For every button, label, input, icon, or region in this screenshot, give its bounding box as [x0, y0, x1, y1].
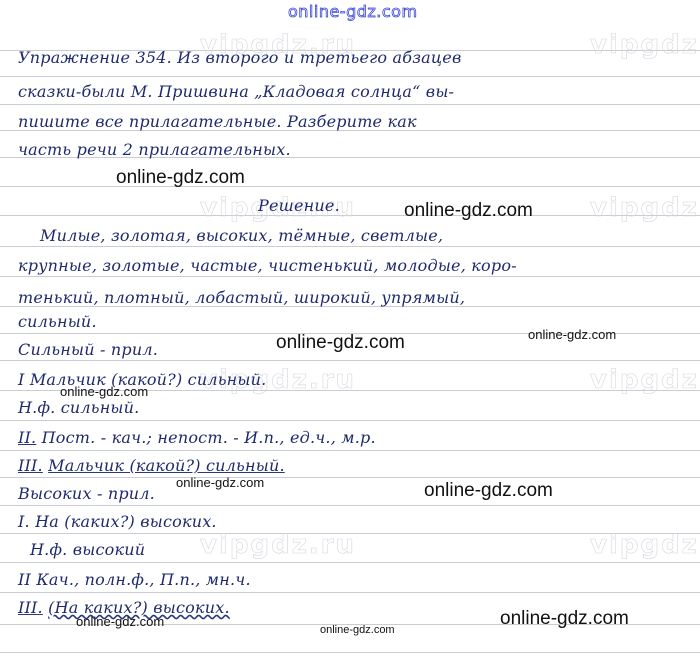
ghost-watermark: vipgdz.ru — [590, 193, 700, 223]
watermark: online-gdz.com — [176, 475, 264, 490]
ruled-line — [0, 104, 700, 105]
ghost-watermark: vipgdz.ru — [590, 530, 700, 560]
watermark: online-gdz.com — [500, 608, 629, 630]
task-line: Упражнение 354. Из второго и третьего аб… — [18, 48, 461, 68]
step-text: Мальчик (какой?) сильный. — [48, 456, 285, 475]
ruled-line — [0, 186, 700, 187]
step-number: I. — [18, 512, 30, 531]
ruled-line — [0, 76, 700, 77]
solution-heading: Решение. — [258, 196, 340, 216]
ruled-line — [0, 592, 700, 593]
homework-page: vipgdz.ru vipgdz.ru vipgdz.ru vipgdz.ru … — [0, 0, 700, 670]
ruled-line — [0, 360, 700, 361]
ghost-watermark: vipgdz.ru — [590, 365, 700, 395]
ruled-line — [0, 450, 700, 451]
ruled-line — [0, 505, 700, 506]
watermark: online-gdz.com — [276, 332, 405, 354]
step-number: II — [18, 570, 31, 589]
top-watermark: online-gdz.com — [288, 2, 418, 21]
watermark: online-gdz.com — [424, 480, 553, 502]
task-line: пишите все прилагательные. Разберите как — [18, 112, 417, 132]
step-text: Пост. - кач.; непост. - И.п., ед.ч., м.р… — [42, 428, 376, 447]
step-number: II. — [18, 428, 36, 447]
step-number: III. — [18, 456, 43, 475]
adjectives-line: тенький, плотный, лобастый, широкий, упр… — [18, 288, 465, 308]
step-number: III. — [18, 598, 43, 617]
ruled-line — [0, 420, 700, 421]
parse1-title: Сильный - прил. — [18, 340, 158, 360]
ruled-line — [0, 246, 700, 247]
ruled-line — [0, 652, 700, 653]
step-text: На (каких?) высоких. — [35, 512, 217, 531]
task-line: сказки-были М. Пришвина „Кладовая солнца… — [18, 82, 454, 102]
parse2-step1: I. На (каких?) высоких. — [18, 512, 217, 532]
parse2-step2: II Кач., полн.ф., П.п., мн.ч. — [18, 570, 251, 590]
adjectives-line: крупные, золотые, частые, чистенький, мо… — [18, 256, 517, 276]
watermark: online-gdz.com — [320, 624, 395, 636]
ruled-line — [0, 562, 700, 563]
ruled-line — [0, 477, 700, 478]
parse2-initial-form: Н.ф. высокий — [30, 540, 145, 560]
parse1-step2: II. Пост. - кач.; непост. - И.п., ед.ч.,… — [18, 428, 376, 448]
parse2-title: Высоких - прил. — [18, 484, 155, 504]
parse1-initial-form: Н.ф. сильный. — [18, 398, 139, 418]
parse1-step3: III. Мальчик (какой?) сильный. — [18, 456, 285, 476]
watermark: online-gdz.com — [76, 614, 164, 629]
ghost-watermark: vipgdz.ru — [590, 30, 700, 60]
watermark: online-gdz.com — [528, 327, 616, 342]
step-number: I — [18, 370, 25, 389]
watermark: online-gdz.com — [60, 384, 148, 399]
adjectives-line: сильный. — [18, 312, 97, 332]
step-text: Кач., полн.ф., П.п., мн.ч. — [36, 570, 250, 589]
task-line: часть речи 2 прилагательных. — [18, 140, 291, 160]
watermark: online-gdz.com — [404, 200, 533, 222]
ghost-watermark: vipgdz.ru — [200, 530, 356, 560]
adjectives-line: Милые, золотая, высоких, тёмные, светлые… — [40, 226, 443, 246]
ruled-line — [0, 276, 700, 277]
watermark: online-gdz.com — [116, 167, 245, 189]
